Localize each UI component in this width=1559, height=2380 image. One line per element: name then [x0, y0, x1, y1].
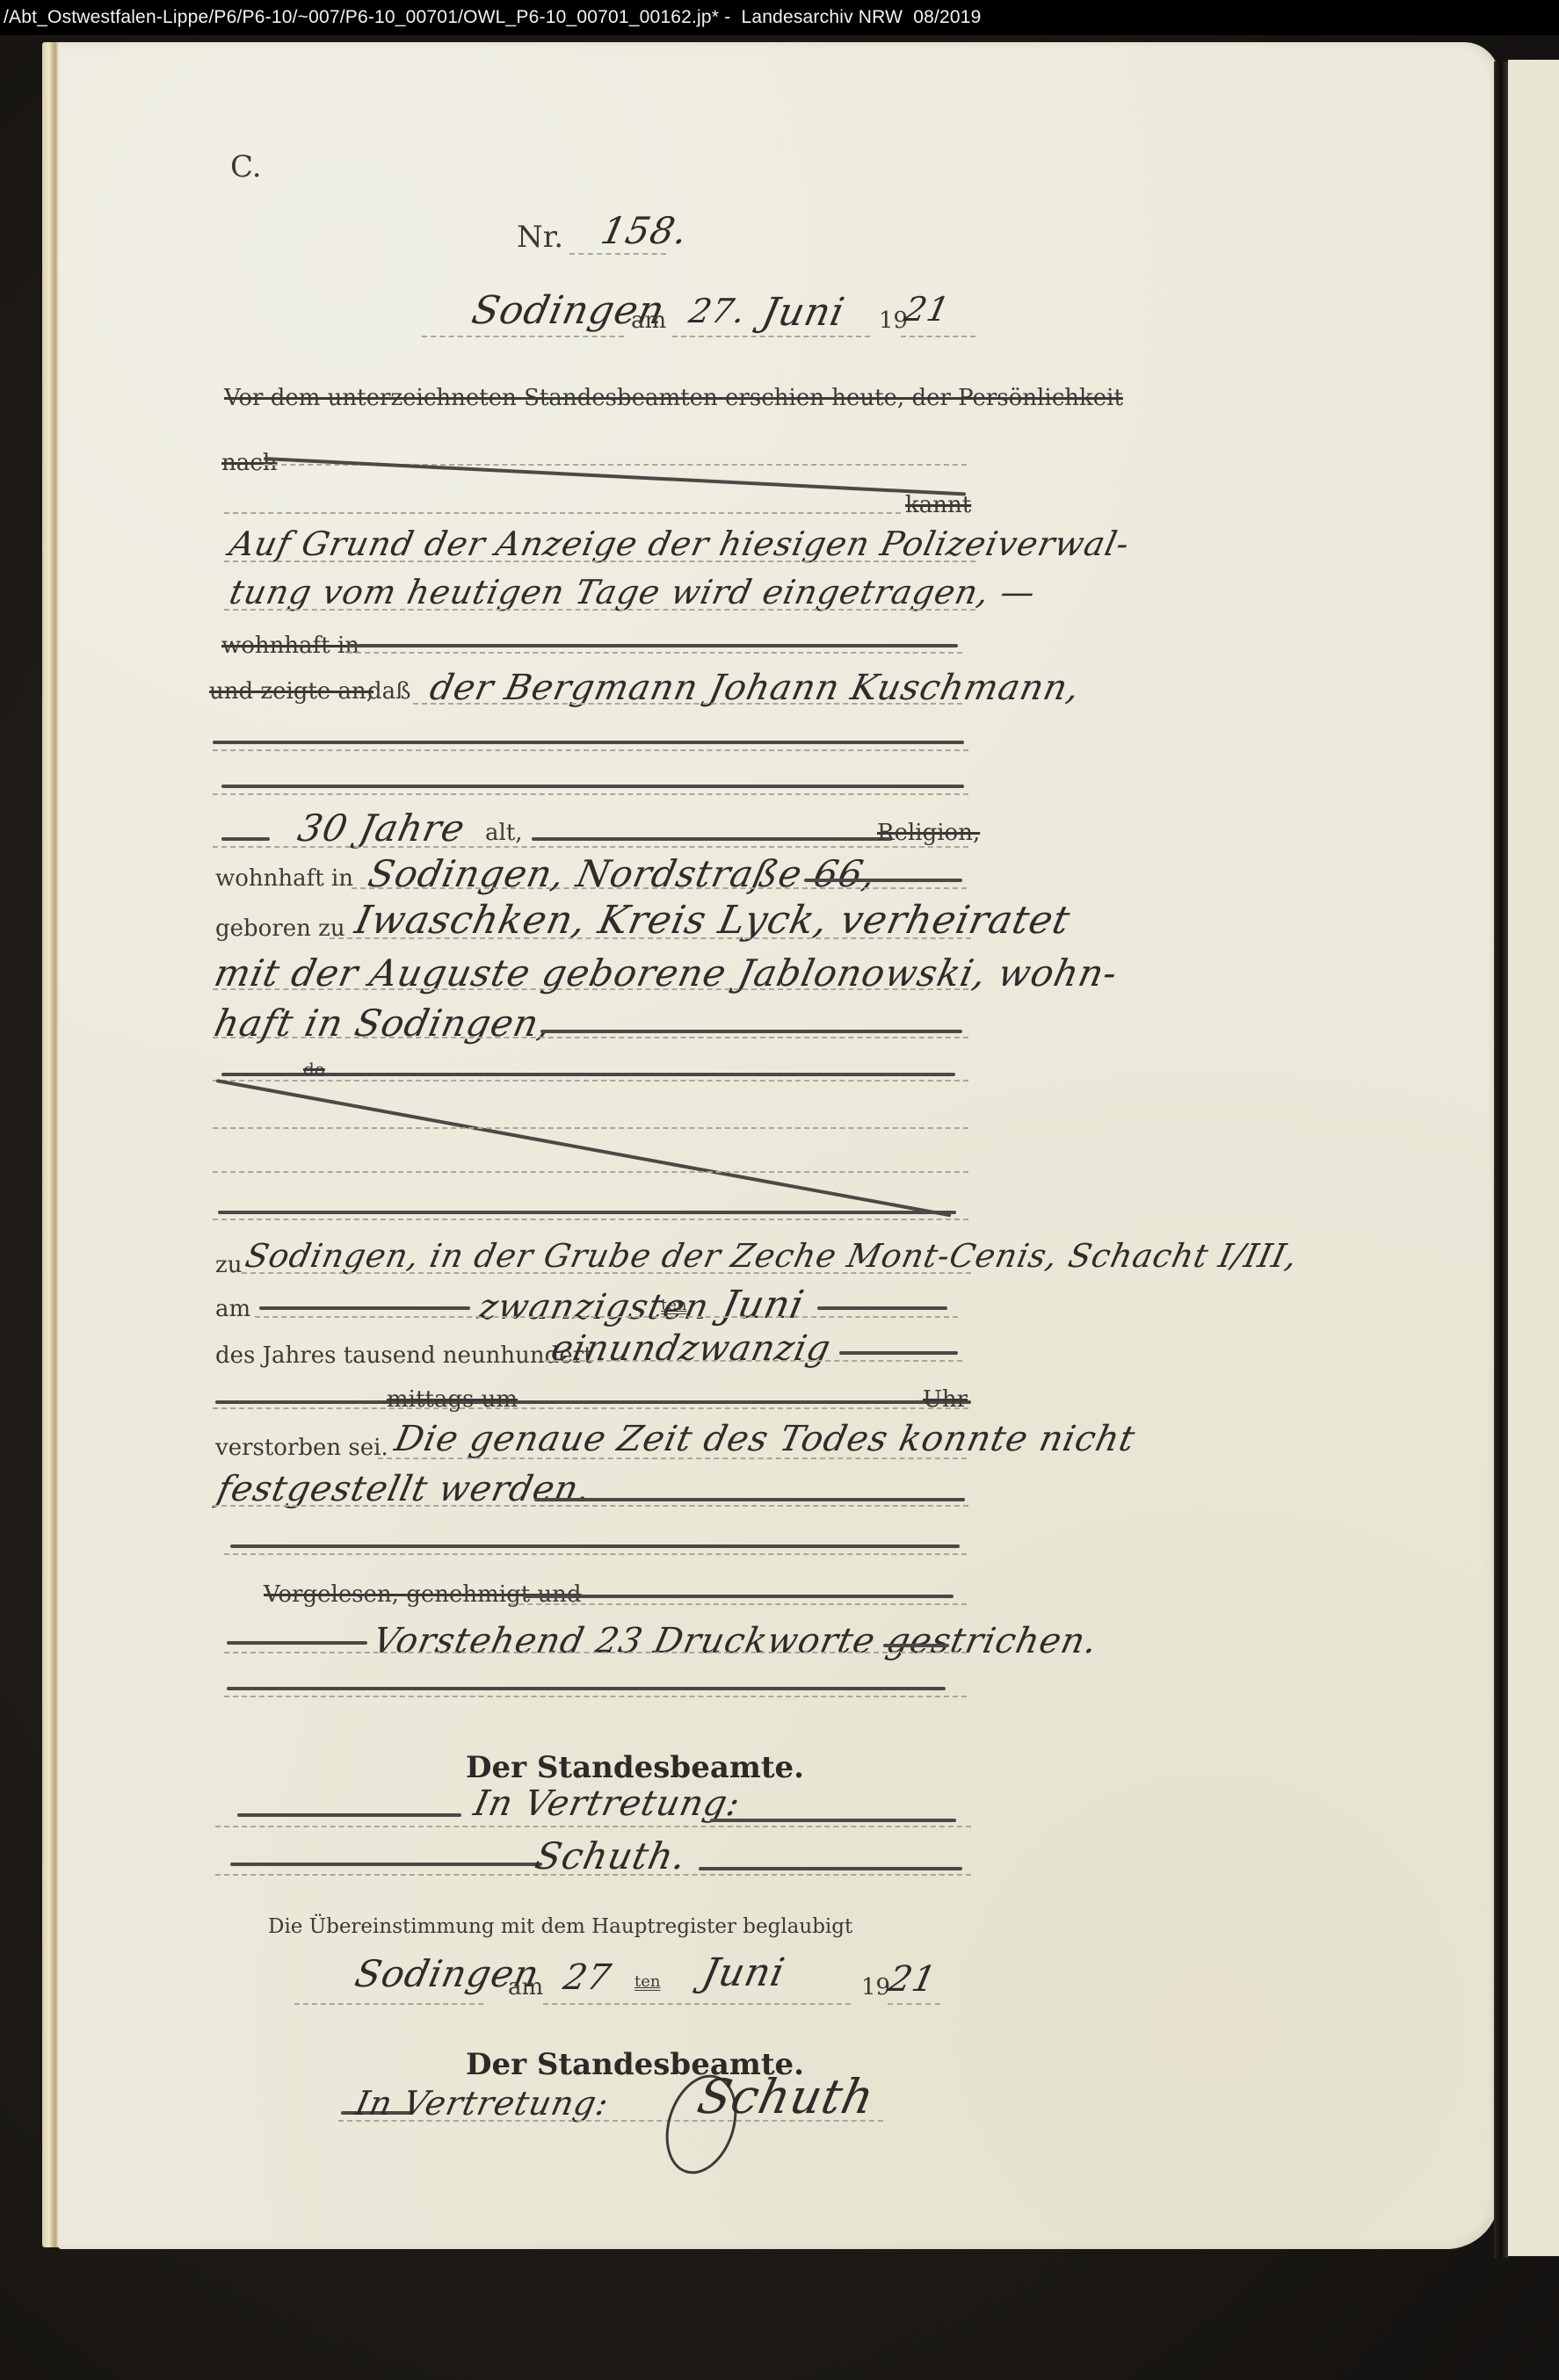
cert-month: Juni: [699, 1950, 789, 1995]
number-line: [569, 253, 666, 255]
death-year-label: des Jahres tausend neunhundert: [215, 1342, 593, 1369]
cert-day: 27: [560, 1957, 615, 1998]
residence-rule: [352, 887, 967, 889]
struck-und-zeigte: und zeigte an,: [209, 678, 373, 705]
death-year-rule: [545, 1360, 962, 1362]
blank-rule-5: [213, 1171, 968, 1173]
insert-line-1: Auf Grund der Anzeige der hiesigen Poliz…: [226, 524, 1133, 563]
vorgelesen-rule: [510, 1603, 967, 1605]
cert-place-rule: [294, 2003, 483, 2005]
remark-rule-1: [378, 1458, 967, 1459]
fill-stroke: [237, 1813, 461, 1817]
struck-religion: Religion,: [877, 820, 980, 846]
cert-am: am: [508, 1974, 543, 2000]
fill-stroke: [227, 1641, 367, 1645]
death-day-suffix: ten: [661, 1296, 686, 1314]
official-title: Der Standesbeamte.: [466, 1750, 804, 1785]
birth-label: geboren zu: [215, 915, 345, 942]
cert-day-suffix: ten: [634, 1972, 660, 1991]
fill-stroke: [347, 644, 958, 647]
blank-rule-8: [224, 1696, 967, 1697]
fill-stroke: [817, 1306, 947, 1310]
age-value: 30 Jahre: [294, 807, 469, 850]
header-date-line: [672, 336, 870, 337]
insert-line-2-rule: [224, 609, 975, 611]
fill-stroke: [230, 1544, 960, 1548]
blank-rule-2: [213, 793, 968, 795]
signature-rule: [215, 1874, 971, 1876]
cert-signature: Schuth: [692, 2069, 880, 2124]
death-date-rule: [255, 1316, 958, 1318]
spouse-rule: [213, 988, 968, 990]
blank-rule-7: [224, 1553, 967, 1555]
struck-kannt: kannt: [905, 492, 971, 518]
death-place-rule: [242, 1272, 971, 1274]
header-day: 27.: [685, 292, 750, 330]
death-month: Juni: [718, 1283, 809, 1327]
header-year-line: [901, 336, 975, 337]
death-register-entry: C. Nr. 158. Sodingen am 27. Juni 19 21 V…: [0, 0, 1559, 2380]
fill-stroke: [883, 1644, 949, 1647]
age-label: alt,: [485, 820, 523, 846]
fill-stroke: [804, 879, 962, 882]
preamble-line-3: [224, 512, 901, 514]
fill-stroke: [523, 1595, 954, 1598]
fill-stroke: [213, 741, 964, 744]
number-label: Nr.: [517, 220, 563, 255]
fill-stroke: [227, 1687, 946, 1690]
fill-stroke: [839, 1351, 958, 1355]
verstorben-label: verstorben sei.: [215, 1435, 388, 1461]
birth-value: Iwaschken, Kreis Lyck, verheiratet: [352, 898, 1075, 943]
remark-line-1: Die genaue Zeit des Todes konnte nicht: [391, 1419, 1139, 1459]
form-letter: C.: [230, 149, 262, 184]
deceased-name-rule: [413, 703, 962, 705]
remark-rule-2: [213, 1505, 968, 1507]
fill-stroke: [221, 837, 270, 841]
blank-rule-1: [213, 749, 968, 751]
fill-stroke: [540, 1030, 962, 1033]
struck-preamble: Vor dem unterzeichneten Standesbeamten e…: [224, 385, 1123, 411]
fill-stroke: [532, 837, 892, 841]
cert-year-rule: [888, 2003, 940, 2005]
official-deputy: In Vertretung:: [470, 1783, 744, 1824]
struck-nach: nach: [221, 450, 278, 476]
deputy-rule: [215, 1826, 971, 1827]
fill-stroke: [259, 1306, 470, 1310]
remark-line-2: festgestellt werden.: [214, 1469, 595, 1509]
header-year-suffix: 21: [901, 290, 954, 329]
cert-deputy: In Vertretung:: [352, 2084, 613, 2123]
blank-rule-6: [213, 1219, 968, 1220]
death-date-label: am: [215, 1296, 250, 1322]
residence-label: wohnhaft in: [215, 865, 353, 892]
death-place-label: zu: [215, 1252, 242, 1278]
blank-rule-3: [213, 1080, 968, 1081]
fill-stroke: [221, 785, 964, 788]
struck-do: do: [303, 1059, 325, 1080]
fill-stroke: [221, 1073, 955, 1076]
number-value: 158.: [598, 209, 692, 252]
fill-stroke: [230, 1863, 542, 1866]
insert-line-1-rule: [224, 561, 975, 562]
cancel-diagonal-2: [216, 1079, 952, 1217]
cert-year-suffix: 21: [885, 1959, 940, 2000]
mittags-rule: [213, 1407, 968, 1409]
correction-note: Vorstehend 23 Druckworte gestrichen.: [369, 1621, 1101, 1661]
fill-stroke: [699, 1867, 962, 1870]
age-rule: [213, 846, 968, 848]
dass-label: daß: [367, 678, 411, 705]
blank-rule-4: [213, 1127, 968, 1129]
correction-rule: [224, 1652, 967, 1653]
fill-stroke: [215, 1400, 971, 1404]
struck-wohnhaft: wohnhaft in: [221, 633, 359, 659]
cert-date-rule: [543, 2003, 851, 2005]
header-month: Juni: [758, 290, 849, 335]
death-year-value: einundzwanzig: [547, 1328, 835, 1369]
fill-stroke: [710, 1819, 956, 1822]
death-place-value: Sodingen, in der Grube der Zeche Mont-Ce…: [242, 1237, 1301, 1275]
certification-text: Die Übereinstimmung mit dem Hauptregiste…: [268, 1915, 852, 1938]
insert-line-2: tung vom heutigen Tage wird eingetragen,…: [226, 573, 1039, 611]
spouse-residence-rule: [213, 1037, 968, 1038]
fill-stroke: [534, 1498, 965, 1501]
header-place-line: [422, 336, 624, 337]
wohnhaft-rule: [347, 652, 962, 654]
fill-stroke: [218, 1211, 956, 1214]
header-am: am: [631, 307, 666, 334]
cancel-diagonal-1: [264, 457, 966, 496]
official-signature: Schuth.: [532, 1834, 691, 1877]
birth-rule: [330, 937, 971, 939]
